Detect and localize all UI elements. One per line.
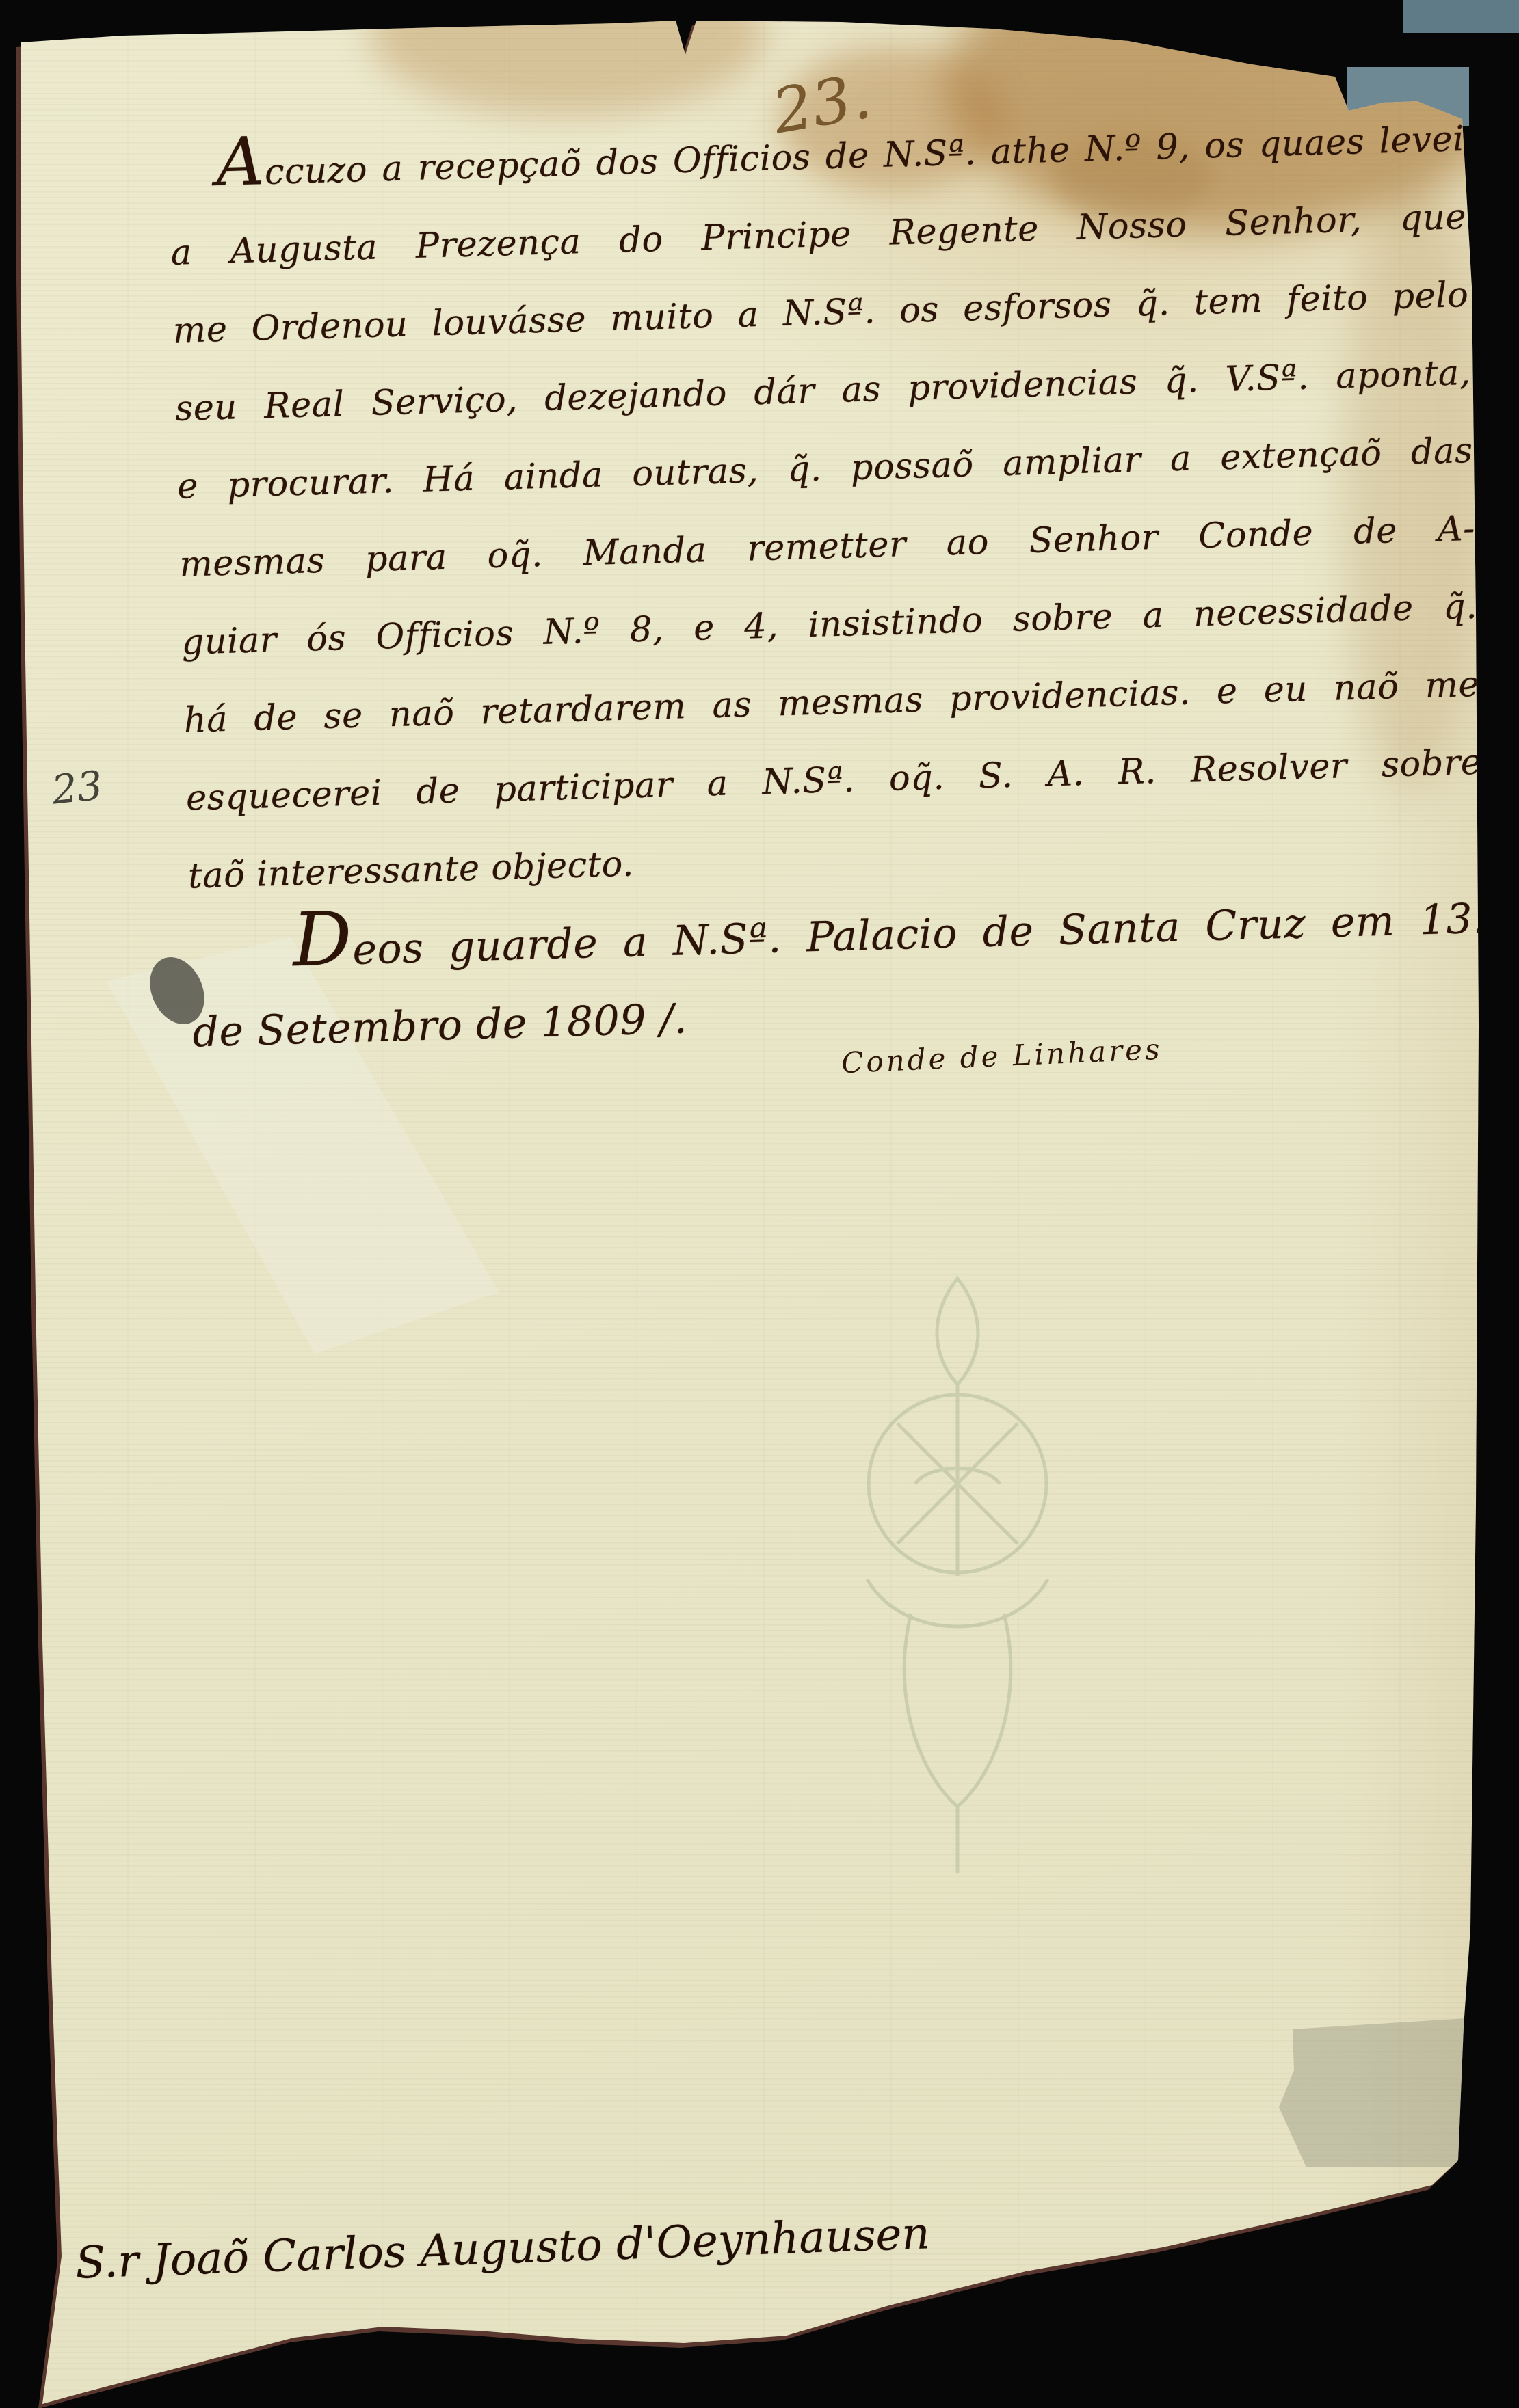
letter-body: Accuzo a recepçaõ dos Officios de N.Sª. … [168, 101, 1489, 1071]
tape-repair-bottom-right [1273, 2018, 1466, 2167]
margin-folio-number: 23 [50, 762, 105, 813]
backing-board-sliver [1403, 0, 1519, 33]
watermark-crest [752, 1258, 1163, 1887]
manuscript-paper: 23. 23 Accuzo a recepçaõ dos Officios de… [0, 0, 1519, 2408]
photo-backdrop: 23. 23 Accuzo a recepçaõ dos Officios de… [0, 0, 1519, 2408]
